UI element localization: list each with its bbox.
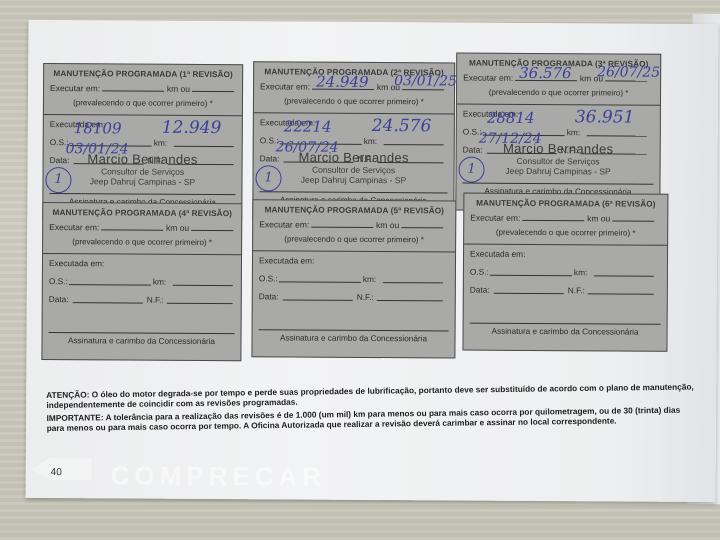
signature-line — [49, 332, 235, 334]
scheduled-line: Executar em: km ou — [43, 221, 241, 233]
revision-body: Executada em: O.S.: km: Data: N.F.: Assi… — [463, 245, 667, 351]
stamp-place: Jeep Dahruj Campinas - SP — [457, 166, 660, 177]
scheduled-date-field[interactable] — [613, 212, 655, 221]
scheduled-date-field[interactable] — [192, 83, 234, 92]
os-label: O.S.: — [470, 267, 489, 277]
handwritten-circle-mark: 1 — [255, 165, 281, 191]
dealer-stamp: Marcio Bernandes Consultor de Serviços J… — [457, 141, 660, 177]
executar-label: Executar em: — [260, 81, 310, 91]
os-value: 22214 — [284, 117, 332, 135]
km-ou-label: km ou — [167, 84, 190, 94]
data-label: Data: — [259, 291, 279, 301]
nf-label: N.F.: — [568, 285, 585, 295]
signature-line — [259, 329, 449, 331]
revision-box-4: MANUTENÇÃO PROGRAMADA (4ª REVISÃO) Execu… — [41, 202, 242, 361]
notes-section: ATENÇÃO: O óleo do motor degrada-se por … — [46, 382, 697, 437]
prevalecendo-note: (prevalecendo o que ocorrer primeiro) * — [464, 228, 667, 238]
revision-title: MANUTENÇÃO PROGRAMADA (5ª REVISÃO) — [253, 200, 455, 215]
km-label: km: — [363, 274, 376, 284]
watermark: COMPRECAR — [111, 460, 327, 492]
executada-label: Executada em: — [259, 255, 314, 265]
dealer-stamp: Marcio Bernandes Consultor de Serviços J… — [253, 149, 453, 185]
os-field[interactable] — [490, 267, 572, 277]
scheduled-line: Executar em: km ou — [253, 218, 455, 230]
stamp-name: Marcio Bernandes — [254, 149, 454, 165]
executar-label: Executar em: — [463, 73, 513, 83]
executar-label: Executar em: — [49, 222, 99, 232]
revision-header: MANUTENÇÃO PROGRAMADA (2ª REVISÃO) Execu… — [254, 62, 454, 114]
signature-line — [259, 191, 447, 193]
stamp-name: Marcio Bernandes — [457, 141, 660, 157]
executar-label: Executar em: — [259, 219, 309, 229]
dealer-stamp: Marcio Bernandes Consultor de Serviços J… — [43, 151, 241, 187]
os-value: 18109 — [74, 119, 122, 137]
executar-label: Executar em: — [470, 213, 520, 223]
scheduled-date-value: 03/01/25 — [394, 73, 457, 89]
os-label: O.S.: — [49, 276, 68, 286]
stamp-place: Jeep Dahruj Campinas - SP — [253, 174, 453, 185]
revision-header: MANUTENÇÃO PROGRAMADA (4ª REVISÃO) Execu… — [43, 203, 241, 255]
signature-label: Assinatura e carimbo da Concessionária — [464, 327, 667, 337]
scheduled-km-field[interactable] — [523, 212, 585, 221]
revision-box-3: MANUTENÇÃO PROGRAMADA (3ª REVISÃO) Execu… — [455, 53, 661, 212]
km-ou-label: km ou — [166, 223, 189, 233]
signature-label: Assinatura e carimbo da Concessionária — [253, 333, 455, 343]
handwritten-circle-mark: 1 — [45, 167, 71, 193]
km-field[interactable] — [383, 274, 443, 283]
executada-label: Executada em: — [470, 249, 525, 259]
revision-header: MANUTENÇÃO PROGRAMADA (6ª REVISÃO) Execu… — [464, 194, 667, 246]
nf-field[interactable] — [167, 295, 233, 304]
important-note: IMPORTANTE: A tolerância para a realizaç… — [47, 405, 697, 434]
nf-field[interactable] — [377, 292, 443, 301]
revision-header: MANUTENÇÃO PROGRAMADA (3ª REVISÃO) Execu… — [457, 54, 660, 106]
scheduled-date-field[interactable] — [192, 222, 234, 231]
km-label: km: — [574, 267, 587, 277]
km-label: km: — [154, 138, 167, 148]
scheduled-km-field[interactable] — [102, 82, 164, 91]
km-ou-label: km ou — [587, 213, 610, 223]
stamp-place: Jeep Dahruj Campinas - SP — [43, 176, 241, 187]
scheduled-date-value: 26/07/25 — [597, 64, 660, 80]
revision-box-2: MANUTENÇÃO PROGRAMADA (2ª REVISÃO) Execu… — [252, 61, 455, 220]
page-number: 40 — [51, 467, 62, 478]
scheduled-km-field[interactable] — [102, 221, 164, 230]
km-value: 12.949 — [162, 118, 222, 138]
date-field[interactable] — [494, 285, 564, 294]
nf-label: N.F.: — [147, 295, 164, 305]
revision-header: MANUTENÇÃO PROGRAMADA (1ª REVISÃO) Execu… — [44, 64, 242, 116]
scheduled-line: Executar em: km ou — [44, 82, 242, 94]
revision-box-6: MANUTENÇÃO PROGRAMADA (6ª REVISÃO) Execu… — [462, 193, 668, 352]
revision-header: MANUTENÇÃO PROGRAMADA (5ª REVISÃO) Execu… — [253, 200, 455, 252]
os-label: O.S.: — [259, 273, 278, 283]
stamp-name: Marcio Bernandes — [44, 151, 242, 167]
revision-title: MANUTENÇÃO PROGRAMADA (1ª REVISÃO) — [44, 64, 242, 79]
executada-label: Executada em: — [49, 258, 104, 268]
signature-line — [470, 323, 661, 325]
scheduled-km-value: 24.949 — [316, 73, 369, 91]
km-label: km: — [567, 127, 580, 137]
nf-field[interactable] — [588, 285, 654, 294]
km-value: 24.576 — [372, 116, 432, 136]
signature-line — [49, 193, 235, 195]
scheduled-date-field[interactable] — [402, 219, 444, 228]
km-field[interactable] — [174, 138, 234, 147]
prevalecendo-note: (prevalecendo o que ocorrer primeiro) * — [253, 234, 455, 244]
km-field[interactable] — [173, 277, 233, 286]
scheduled-km-value: 36.576 — [519, 64, 572, 82]
revision-box-5: MANUTENÇÃO PROGRAMADA (5ª REVISÃO) Execu… — [251, 199, 456, 358]
date-field[interactable] — [283, 291, 353, 300]
revision-box-1: MANUTENÇÃO PROGRAMADA (1ª REVISÃO) Execu… — [42, 63, 243, 222]
km-field[interactable] — [594, 267, 654, 276]
os-field[interactable] — [279, 273, 361, 283]
km-field[interactable] — [587, 127, 647, 136]
km-label: km: — [364, 136, 377, 146]
revision-title: MANUTENÇÃO PROGRAMADA (6ª REVISÃO) — [464, 194, 667, 209]
signature-label: Assinatura e carimbo da Concessionária — [42, 336, 240, 346]
revision-body: Executada em: O.S.: km: Data: N.F.: Assi… — [42, 254, 241, 360]
km-field[interactable] — [384, 136, 444, 145]
revision-title: MANUTENÇÃO PROGRAMADA (4ª REVISÃO) — [43, 203, 241, 218]
executar-label: Executar em: — [50, 83, 100, 93]
os-value: 28814 — [487, 109, 535, 127]
data-label: Data: — [470, 285, 490, 295]
handwritten-circle-mark: 1 — [458, 157, 484, 183]
prevalecendo-note: (prevalecendo o que ocorrer primeiro) * — [43, 237, 241, 247]
revision-body: Executada em: O.S.: km: Data: N.F.: Assi… — [252, 251, 455, 357]
km-ou-label: km ou — [376, 220, 399, 230]
manual-page: MANUTENÇÃO PROGRAMADA (1ª REVISÃO) Execu… — [26, 20, 719, 502]
date-field[interactable] — [73, 294, 143, 303]
scheduled-km-field[interactable] — [312, 219, 374, 228]
data-label: Data: — [49, 294, 69, 304]
scheduled-line: Executar em: km ou — [464, 212, 667, 224]
os-field[interactable] — [69, 276, 151, 286]
prevalecendo-note: (prevalecendo o que ocorrer primeiro) * — [44, 98, 242, 108]
prevalecendo-note: (prevalecendo o que ocorrer primeiro) * — [254, 96, 454, 106]
signature-line — [462, 183, 653, 185]
km-label: km: — [153, 277, 166, 287]
nf-label: N.F.: — [357, 292, 374, 302]
prevalecendo-note: (prevalecendo o que ocorrer primeiro) * — [457, 88, 660, 98]
km-value: 36.951 — [575, 107, 635, 127]
